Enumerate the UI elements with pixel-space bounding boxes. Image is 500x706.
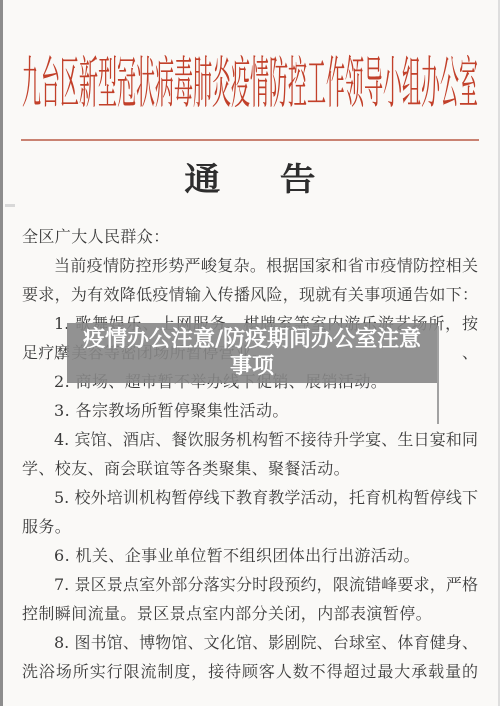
notice-line: 5. 校外培训机构暂停线下教育教学活动，托育机构暂停线下 <box>22 483 478 512</box>
notice-title: 通 告 <box>0 156 500 202</box>
notice-line: 6. 机关、企事业单位暂不组织团体出行出游活动。 <box>22 541 478 570</box>
notice-line: 7. 景区景点室外部分落实分时段预约，限流错峰要求，严格 <box>22 570 478 599</box>
notice-document-page: 九台区新型冠状病毒肺炎疫情防控工作领导小组办公室 通 告 全区广大人民群众： 当… <box>0 0 500 706</box>
notice-line: 要求，为有效降低疫情输入传播风险，现就有关事项通告如下： <box>22 280 478 309</box>
article-title-overlay: 疫情办公注意/防疫期间办公室注意 事项 <box>67 323 437 383</box>
notice-line: 控制瞬间流量。景区景点室内部分关闭，内部表演暂停。 <box>22 599 478 628</box>
notice-line: 4. 宾馆、酒店、餐饮服务机构暂不接待升学宴、生日宴和同 <box>22 425 478 454</box>
letterhead-title: 九台区新型冠状病毒肺炎疫情防控工作领导小组办公室 <box>22 58 478 114</box>
letterhead: 九台区新型冠状病毒肺炎疫情防控工作领导小组办公室 <box>0 56 500 116</box>
notice-line: 3. 各宗教场所暂停聚集性活动。 <box>22 396 478 425</box>
notice-line: 学、校友、商会联谊等各类聚集、聚餐活动。 <box>22 454 478 483</box>
notice-line: 当前疫情防控形势严峻复杂。根据国家和省市疫情防控相关 <box>22 251 478 280</box>
scan-artifact-vline <box>437 326 439 424</box>
letterhead-rule <box>21 139 479 141</box>
scan-artifact-dash <box>5 204 15 207</box>
notice-body: 全区广大人民群众： 当前疫情防控形势严峻复杂。根据国家和省市疫情防控相关 要求，… <box>22 222 478 686</box>
article-title-line2: 事项 <box>230 353 274 380</box>
article-title-line1: 疫情办公注意/防疫期间办公室注意 <box>83 326 421 353</box>
notice-line: 洗浴场所实行限流制度，接待顾客人数不得超过最大承载量的 <box>22 657 478 686</box>
notice-line: 8. 图书馆、博物馆、文化馆、影剧院、台球室、体育健身、 <box>22 628 478 657</box>
salutation-line: 全区广大人民群众： <box>22 222 478 251</box>
notice-line: 服务。 <box>22 512 478 541</box>
